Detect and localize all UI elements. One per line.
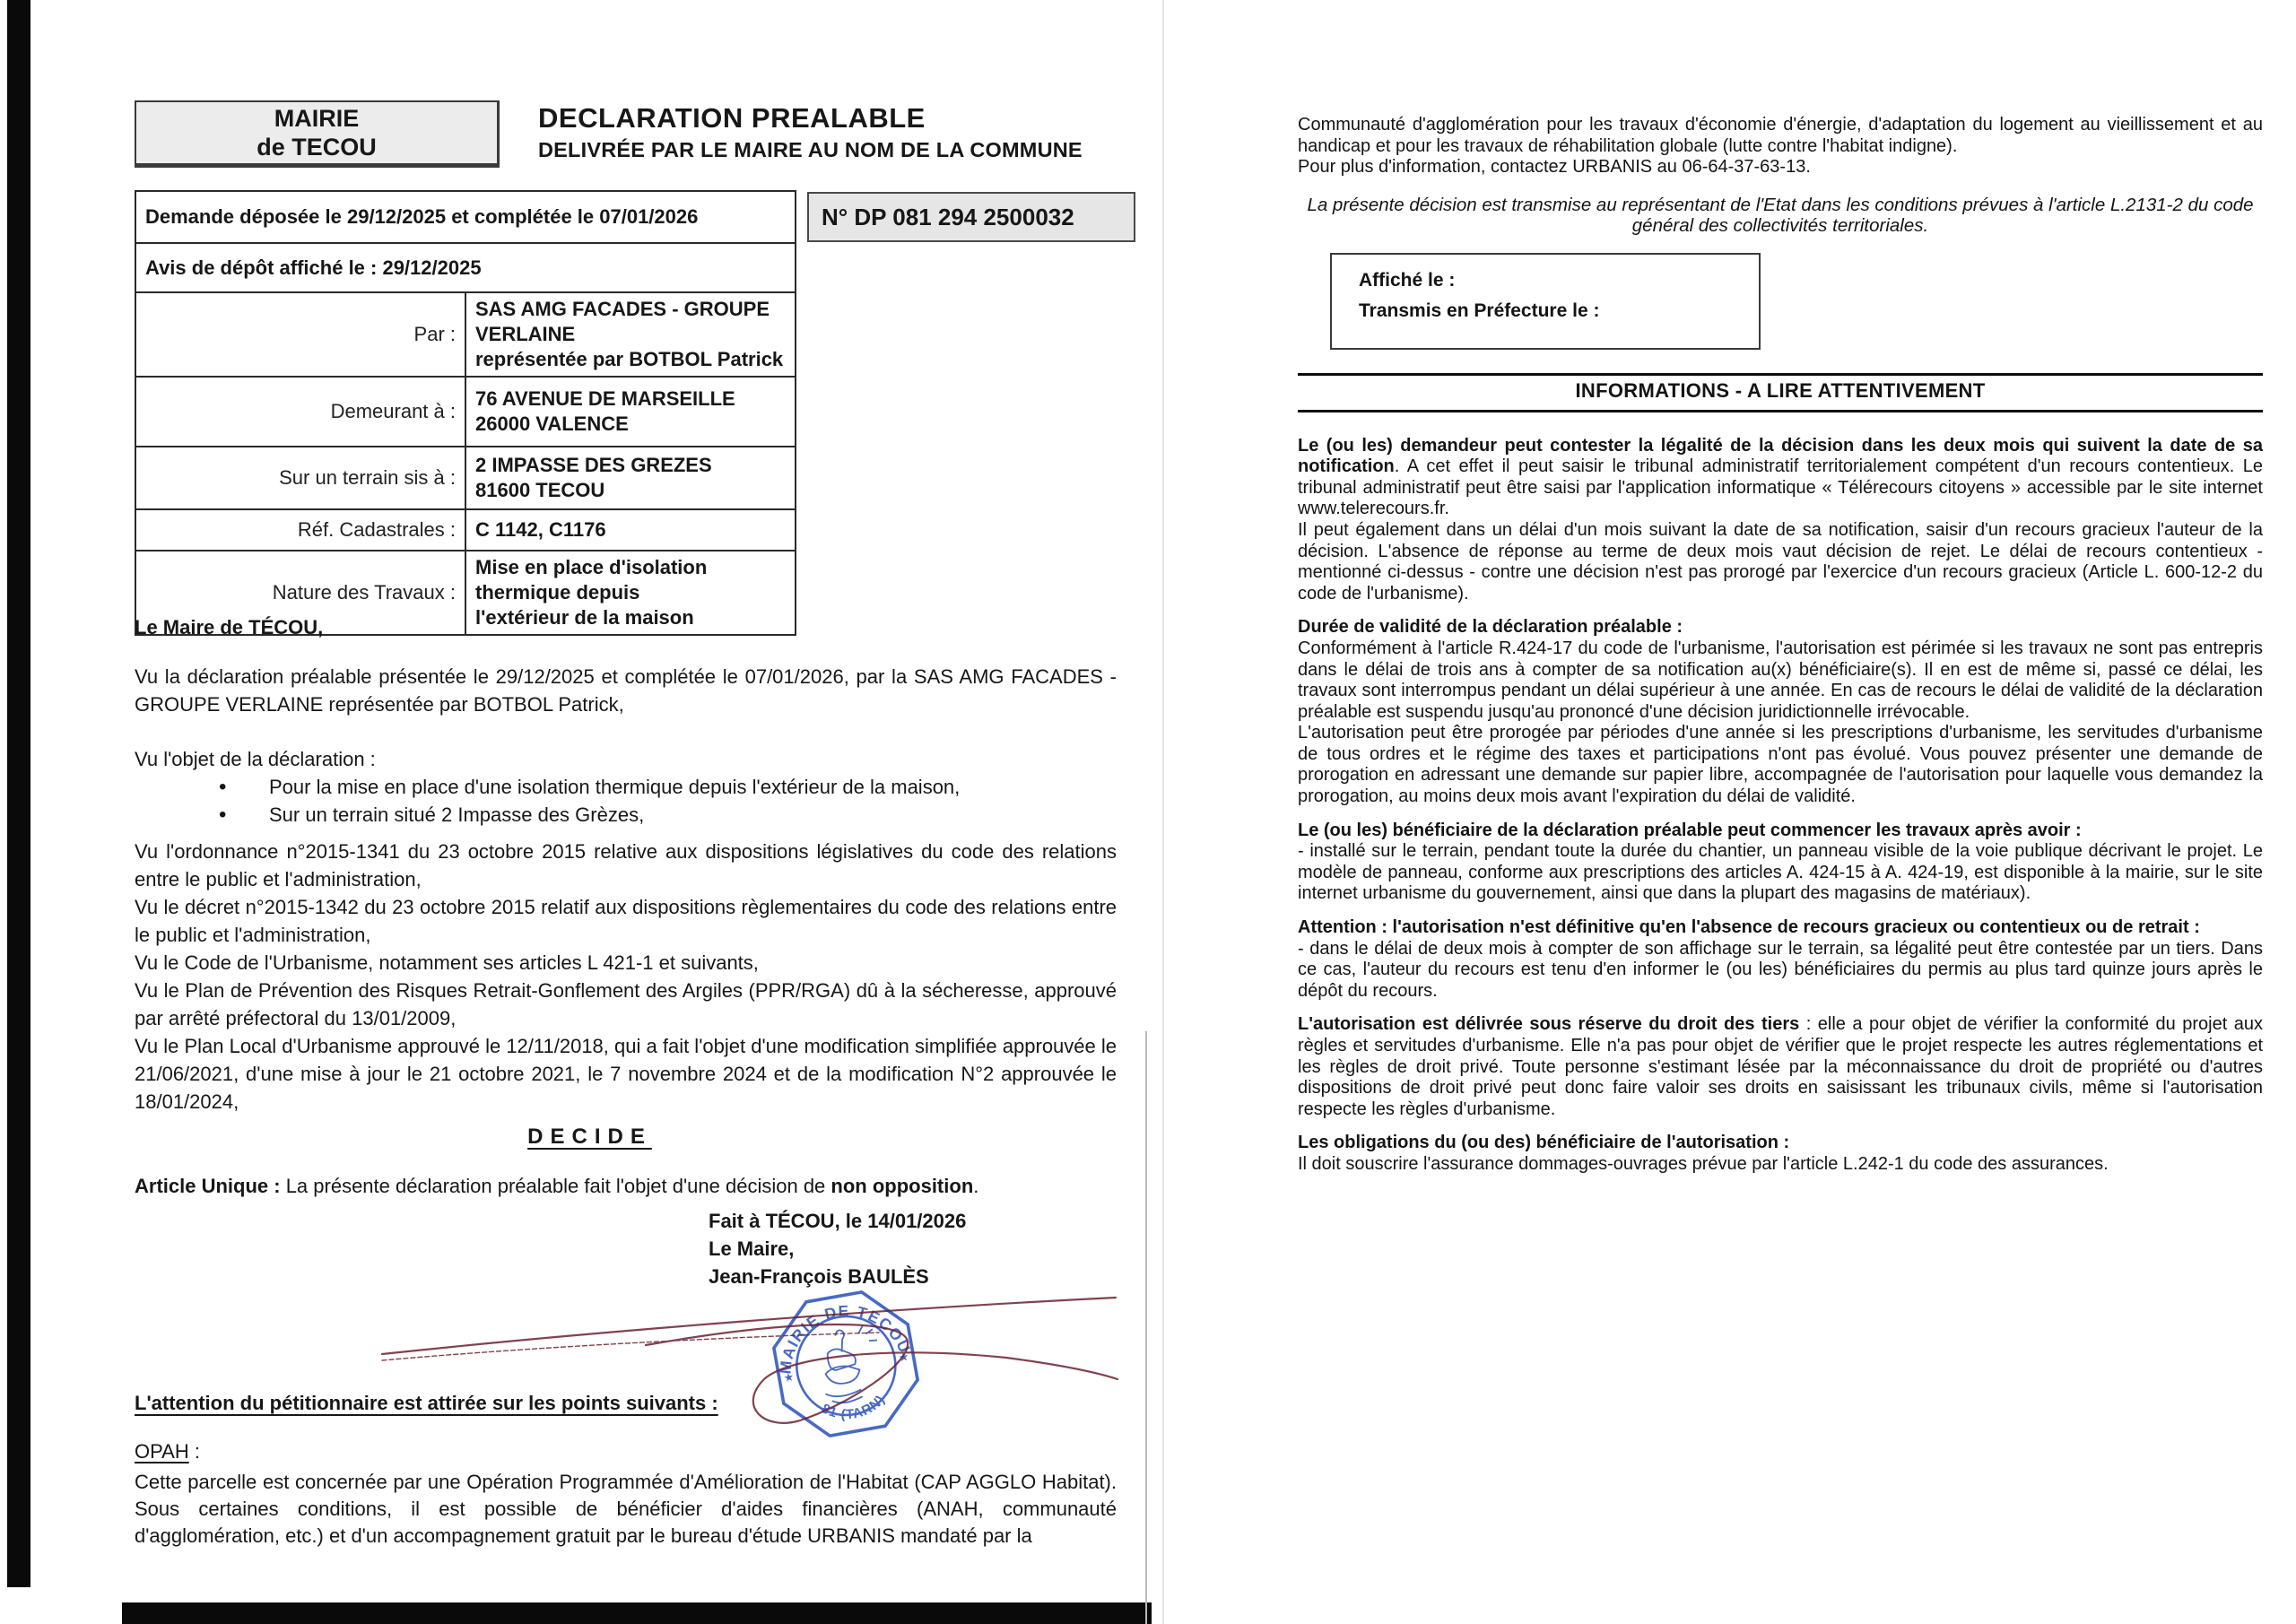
decision-page: MAIRIE de TECOU DECLARATION PREALABLE DE… [126,0,1157,1624]
issuer-line2: de TECOU [136,133,497,161]
section-paragraph: - dans le délai de deux mois à compter d… [1298,939,2263,1003]
address-value: 76 AVENUE DE MARSEILLE 26000 VALENCE [465,377,796,447]
title-block: DECLARATION PREALABLE DELIVRÉE PAR LE MA… [538,102,1157,162]
applicant-value: SAS AMG FACADES - GROUPE VERLAINE représ… [465,292,796,377]
information-page: Communauté d'agglomération pour les trav… [1298,0,2263,1188]
opah-paragraph: Cette parcelle est concernée par une Opé… [135,1469,1117,1550]
table-row: Par : SAS AMG FACADES - GROUPE VERLAINE … [135,292,796,377]
visa-item: Vu l'ordonnance n°2015-1341 du 23 octobr… [135,838,1117,893]
list-item: Pour la mise en place d'une isolation th… [269,773,1117,801]
notice-date-cell: Avis de dépôt affiché le : 29/12/2025 [135,243,796,292]
cadastral-value: C 1142, C1176 [465,509,796,551]
posting-box: Affiché le : Transmis en Préfecture le : [1330,253,1761,350]
visa-item: Vu le Plan Local d'Urbanisme approuvé le… [135,1032,1117,1116]
document-subtitle: DELIVRÉE PAR LE MAIRE AU NOM DE LA COMMU… [538,138,1157,162]
info-header: INFORMATIONS - A LIRE ATTENTIVEMENT [1576,379,1986,402]
recital-object: Vu l'objet de la déclaration : Pour la m… [135,745,1117,829]
application-summary-table: Demande déposée le 29/12/2025 et complét… [135,190,796,636]
info-header-rule: INFORMATIONS - A LIRE ATTENTIVEMENT [1298,373,2263,413]
visa-item: Vu le Plan de Prévention des Risques Ret… [135,977,1117,1032]
site-value: 2 IMPASSE DES GREZES 81600 TECOU [465,447,796,509]
visa-item: Vu le Code de l'Urbanisme, notamment ses… [135,949,1117,977]
prefecture-label: Transmis en Préfecture le : [1359,296,1759,326]
section-paragraph: Conformément à l'article R.424-17 du cod… [1298,638,2263,723]
section-obligations: Les obligations du (ou des) bénéficiaire… [1298,1133,2263,1175]
section-paragraph: Il doit souscrire l'assurance dommages-o… [1298,1154,2263,1176]
posted-on-label: Affiché le : [1359,265,1759,296]
table-row: Sur un terrain sis à : 2 IMPASSE DES GRE… [135,447,796,509]
list-item: Sur un terrain situé 2 Impasse des Grèze… [269,801,1117,829]
table-row: Demeurant à : 76 AVENUE DE MARSEILLE 260… [135,377,796,447]
signer-role: Le Maire, [709,1235,966,1263]
recital-object-intro: Vu l'objet de la déclaration : [135,745,1117,773]
dossier-number: N° DP 081 294 2500032 [822,204,1074,231]
section-heading: Les obligations du (ou des) bénéficiaire… [1298,1133,2263,1154]
document-title: DECLARATION PREALABLE [538,102,1157,135]
section-validity: Durée de validité de la déclaration préa… [1298,617,2263,807]
article-emphasis: non opposition [831,1175,973,1197]
section-attention: Attention : l'autorisation n'est définit… [1298,917,2263,1002]
table-row: Avis de dépôt affiché le : 29/12/2025 [135,243,796,292]
section-heading: Le (ou les) bénéficiaire de la déclarati… [1298,821,2263,842]
article-text: La présente déclaration préalable fait l… [281,1175,831,1197]
recital-declaration: Vu la déclaration préalable présentée le… [135,663,1117,718]
issuer-box: MAIRIE de TECOU [135,100,500,168]
attention-heading: L'attention du pétitionnaire est attirée… [135,1392,718,1415]
page-edge-line [1162,0,1164,1624]
section-contest-extra: Il peut également dans un délai d'un moi… [1298,520,2263,604]
article-label: Article Unique : [135,1175,281,1197]
visa-item: Vu le décret n°2015-1342 du 23 octobre 2… [135,893,1117,949]
article-unique: Article Unique : La présente déclaration… [135,1172,1117,1200]
deposit-date-cell: Demande déposée le 29/12/2025 et complét… [135,191,796,243]
recital-object-list: Pour la mise en place d'une isolation th… [135,773,1117,829]
section-heading: Attention : l'autorisation n'est définit… [1298,917,2263,939]
opah-continuation: Communauté d'agglomération pour les trav… [1298,115,2263,178]
section-paragraph: L'autorisation peut être prorogée par pé… [1298,723,2263,807]
scan-edge-bar-left [7,0,30,1587]
decide-heading: DECIDE [135,1123,1045,1151]
address-label: Demeurant à : [135,377,465,447]
section-start-works: Le (ou les) bénéficiaire de la déclarati… [1298,821,2263,905]
article-period: . [973,1175,978,1197]
decision-body: Le Maire de TÉCOU, Vu la déclaration pré… [135,613,1117,1200]
dossier-number-box: N° DP 081 294 2500032 [807,192,1135,242]
opah-label: OPAH : [135,1440,200,1463]
table-row: Réf. Cadastrales : C 1142, C1176 [135,509,796,551]
recital-visas: Vu l'ordonnance n°2015-1341 du 23 octobr… [135,838,1117,1116]
section-contest: Le (ou les) demandeur peut contester la … [1298,436,2263,605]
cadastral-label: Réf. Cadastrales : [135,509,465,551]
section-third-party: L'autorisation est délivrée sous réserve… [1298,1014,2263,1120]
signature-icon [377,1266,1130,1463]
issuer-line1: MAIRIE [136,104,497,133]
place-date: Fait à TÉCOU, le 14/01/2026 [709,1207,966,1235]
section-heading: Durée de validité de la déclaration préa… [1298,617,2263,638]
table-row: Demande déposée le 29/12/2025 et complét… [135,191,796,243]
section-paragraph: - installé sur le terrain, pendant toute… [1298,841,2263,905]
applicant-label: Par : [135,292,465,377]
site-label: Sur un terrain sis à : [135,447,465,509]
transmission-note: La présente décision est transmise au re… [1298,195,2263,237]
salutation: Le Maire de TÉCOU, [135,613,1117,641]
